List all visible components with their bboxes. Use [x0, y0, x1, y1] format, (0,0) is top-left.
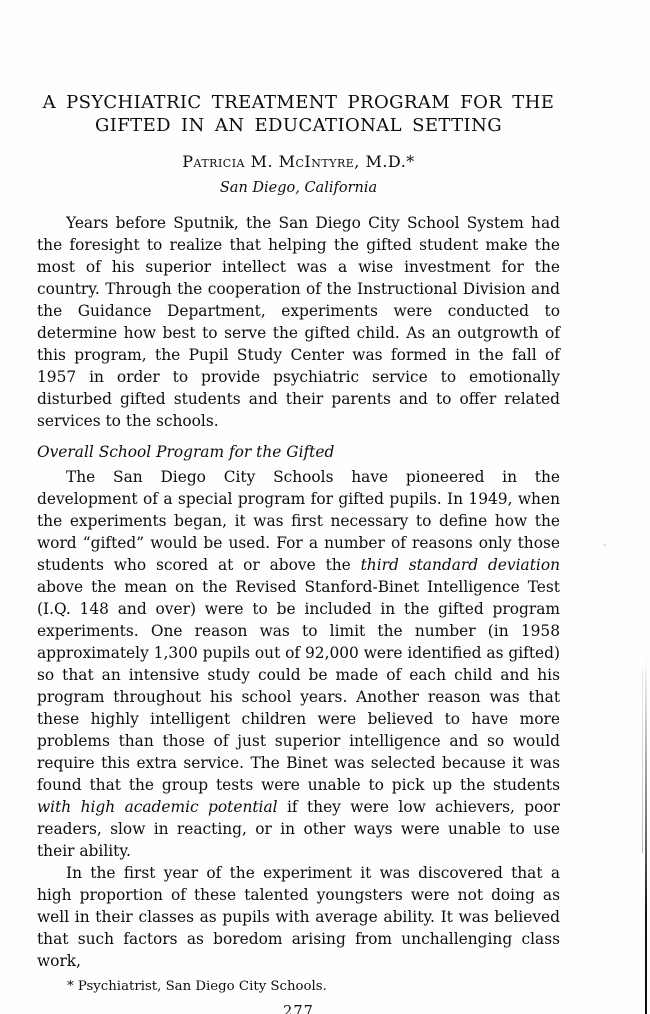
italic-run: Overall School Program for the Gifted — [37, 443, 334, 461]
paragraph: Years before Sputnik, the San Diego City… — [37, 212, 560, 432]
footnote: * Psychiatrist, San Diego City Schools. — [37, 977, 560, 996]
text-run: above the mean on the Revised Stanford-B… — [37, 578, 560, 794]
paragraph: The San Diego City Schools have pioneere… — [37, 466, 560, 862]
article-content: A PSYCHIATRIC TREATMENT PROGRAM FOR THE … — [37, 0, 560, 1014]
author-location: San Diego, California — [37, 180, 560, 196]
scan-artifact-line-faint — [642, 668, 643, 853]
article-body: Years before Sputnik, the San Diego City… — [37, 212, 560, 972]
italic-run: third standard deviation — [361, 556, 560, 574]
paragraph: In the first year of the experiment it w… — [37, 862, 560, 972]
italic-run: with high academic potential — [37, 798, 278, 816]
document-page: A PSYCHIATRIC TREATMENT PROGRAM FOR THE … — [0, 0, 650, 1014]
title-line-2: GIFTED IN AN EDUCATIONAL SETTING — [37, 114, 560, 137]
page-number: 277 — [37, 1004, 560, 1014]
text-run: Years before Sputnik, the San Diego City… — [37, 214, 560, 430]
title-line-1: A PSYCHIATRIC TREATMENT PROGRAM FOR THE — [37, 91, 560, 114]
scan-speck — [603, 544, 606, 546]
text-run: In the first year of the experiment it w… — [37, 864, 560, 970]
author-name: Patricia M. McIntyre, M.D.* — [37, 152, 560, 171]
section-heading: Overall School Program for the Gifted — [37, 441, 560, 463]
scan-speck — [542, 95, 546, 98]
article-title: A PSYCHIATRIC TREATMENT PROGRAM FOR THE … — [37, 91, 560, 137]
scan-artifact-line — [645, 655, 647, 1014]
